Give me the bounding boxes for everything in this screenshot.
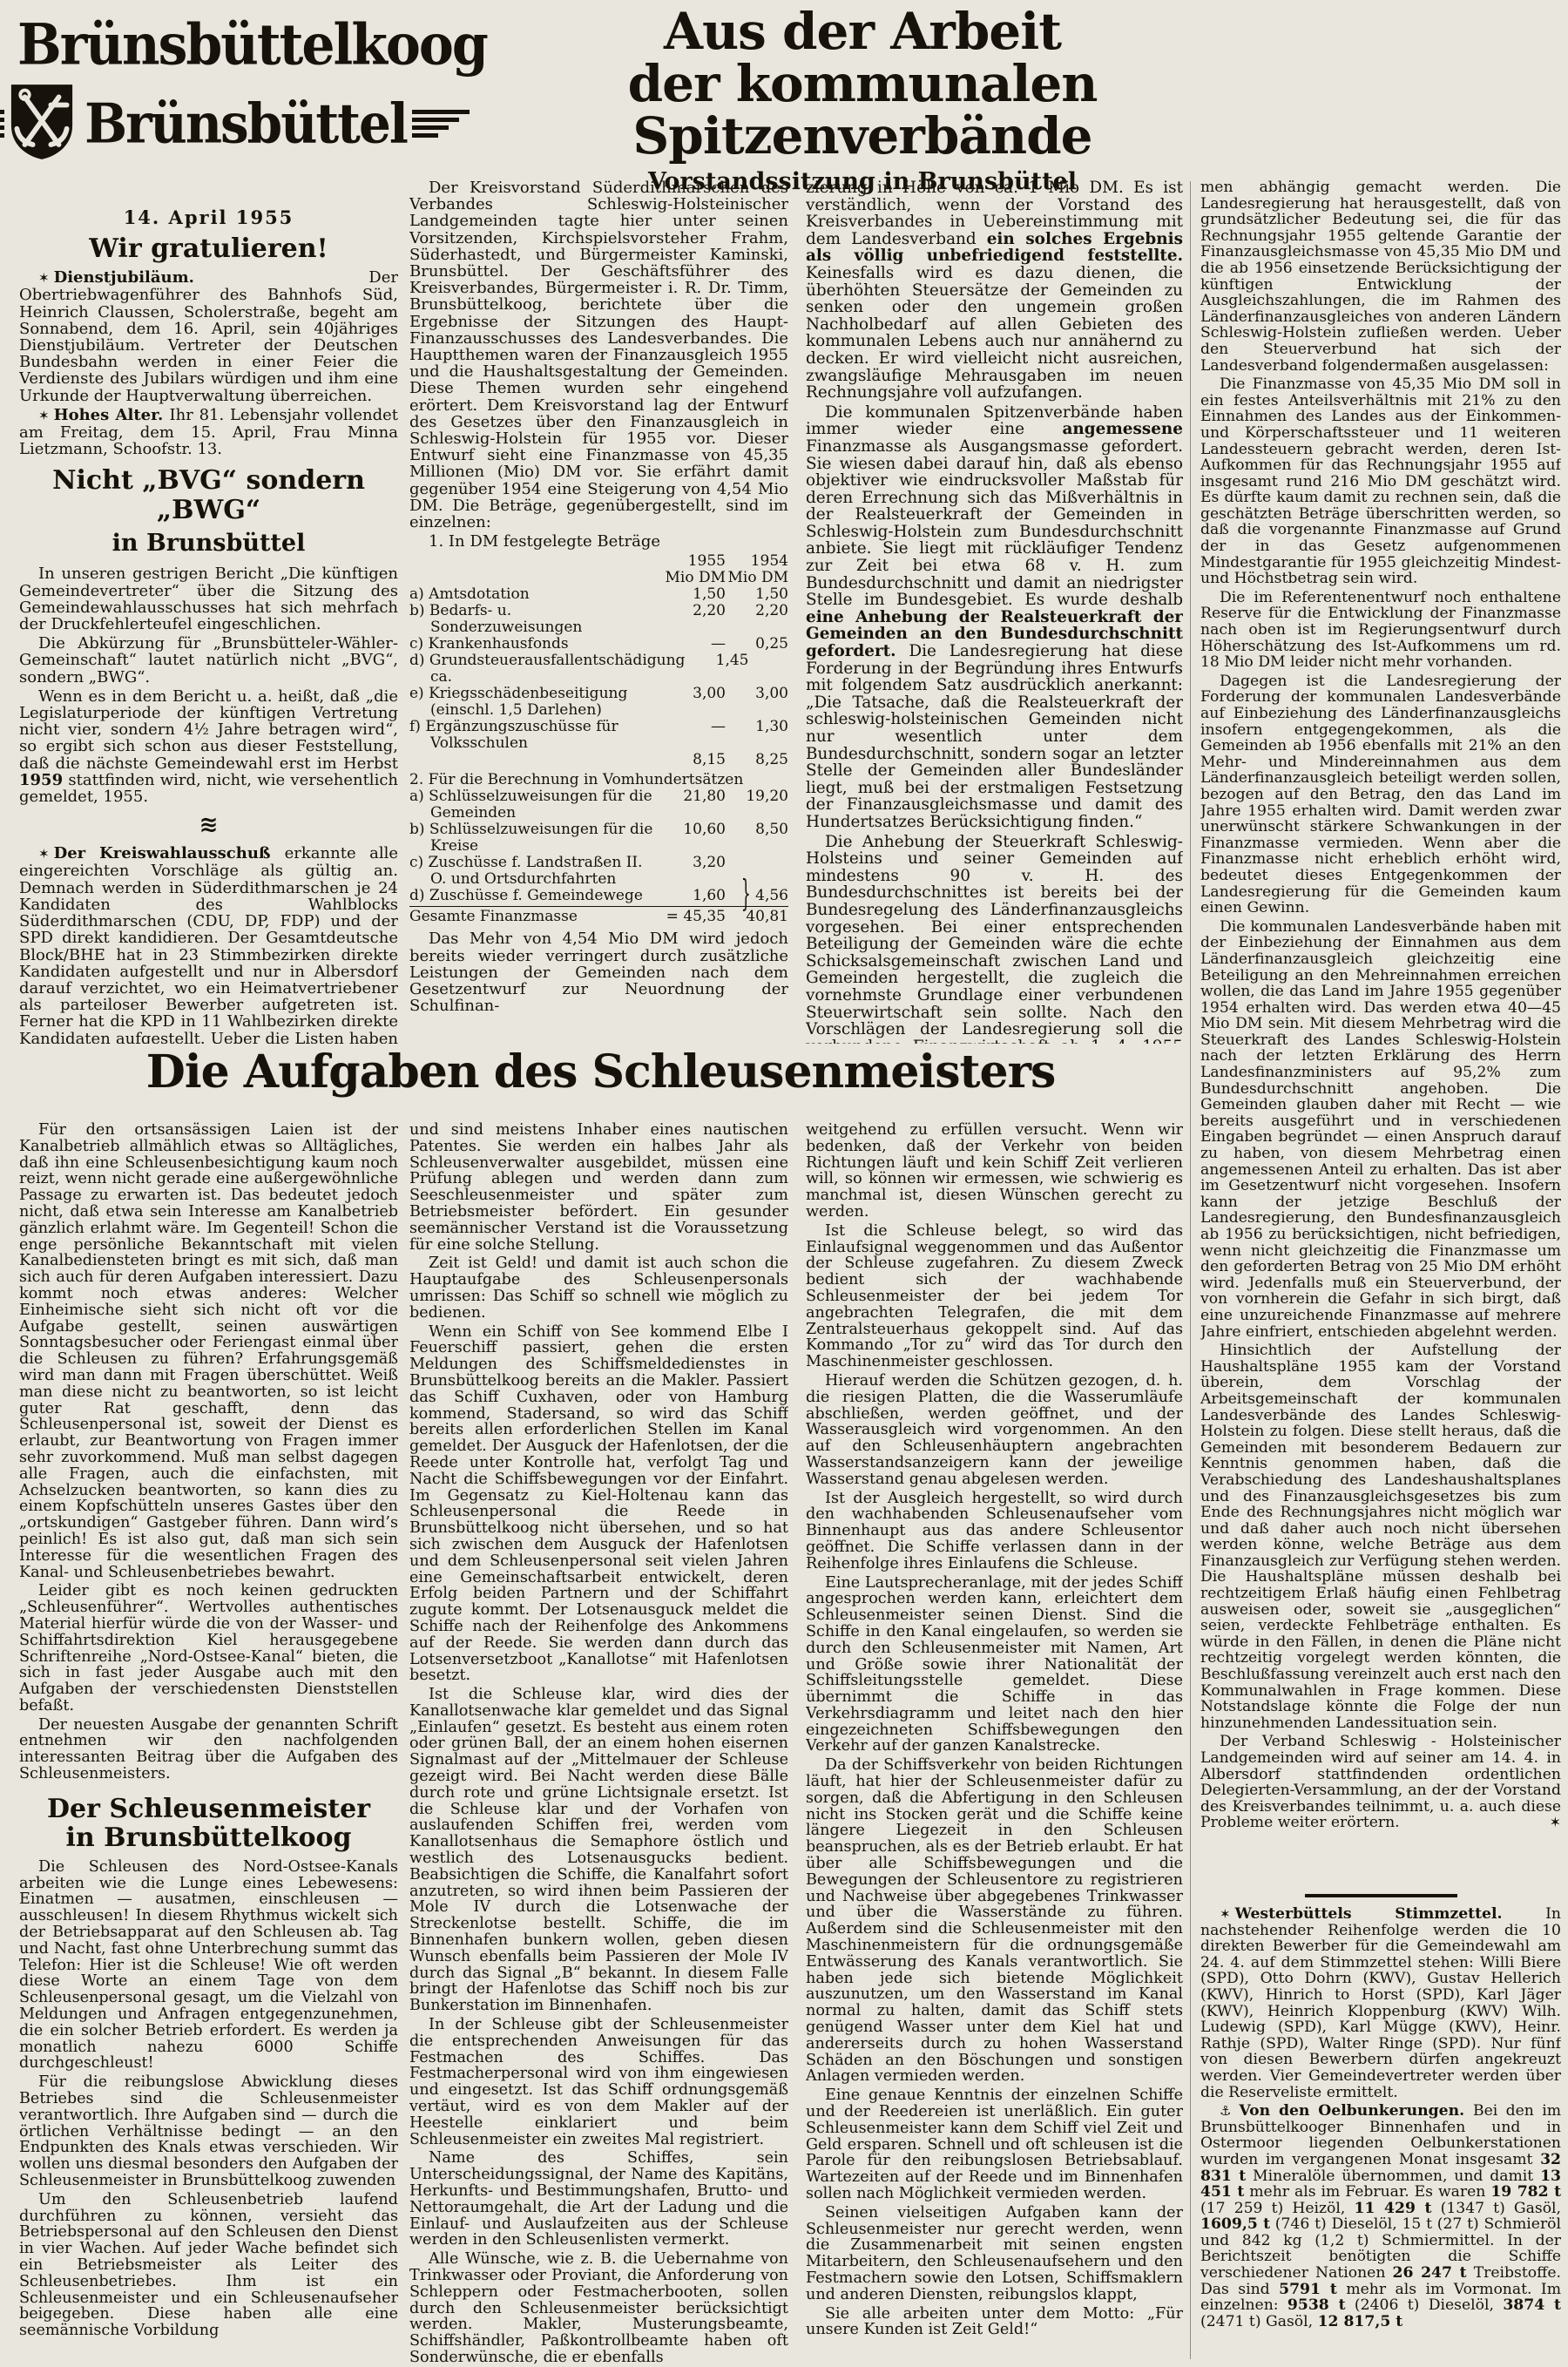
section-rule xyxy=(1305,1894,1457,1897)
star-dingbat-icon: ✶ xyxy=(38,846,50,862)
paragraph: Seinen vielseitigen Aufgaben kann der Sc… xyxy=(806,2205,1183,2303)
headline-line2: der kommunalen Spitzenverbände xyxy=(396,57,1328,162)
paragraph: Die kommunalen Landesverbände haben mit … xyxy=(1200,919,1561,1340)
paragraph: ✶Westerbüttels Stimmzettel. In nachstehe… xyxy=(1200,1906,1561,2100)
paragraph: ⚓Von den Oelbunkerungen. Bei den im Brun… xyxy=(1200,2103,1561,2330)
table-row: d) Grundsteuerausfallentschädigung ca.1,… xyxy=(409,653,788,686)
table-row: d) Zuschüsse f. Gemeindewege1,60} 4,56 xyxy=(409,888,788,904)
paragraph: Für die reibungslose Abwicklung dieses B… xyxy=(19,2074,398,2189)
paragraph: Der Verband Schleswig - Holsteinischer L… xyxy=(1200,1734,1561,1831)
dateline: 14. April 1955 xyxy=(19,209,398,226)
paragraph: Die Schleusen des Nord-Ostsee-Kanals arb… xyxy=(19,1859,398,2072)
flourish-ornament-left xyxy=(0,110,4,138)
paragraph: ✶Der Kreiswahlausschuß erkannte alle ein… xyxy=(19,845,398,1044)
column-3-top: zierung in Höhe von ca. 1 Mio DM. Es ist… xyxy=(806,179,1183,1044)
paragraph: Da der Schiffsverkehr von beiden Richtun… xyxy=(806,1757,1183,2085)
table-row: Gesamte Finanzmasse= 45,3540,81 xyxy=(409,906,788,925)
paragraph: ✶Dienstjubiläum. Der Obertriebwagenführe… xyxy=(19,269,398,404)
column-1-top: 14. April 1955Wir gratulieren!✶Dienstjub… xyxy=(19,209,398,1044)
wave-divider: ≋ xyxy=(19,814,398,836)
masthead-title-line2: Brünsbüttel xyxy=(84,97,407,152)
paragraph: Die im Referentenentwurf noch enthaltene… xyxy=(1200,590,1561,671)
table-row: c) Krankenhausfonds—0,25 xyxy=(409,636,788,653)
paragraph: Eine Lautsprecheranlage, mit der jedes S… xyxy=(806,1575,1183,1755)
paragraph: men abhängig gemacht werden. Die Landesr… xyxy=(1200,179,1561,374)
paragraph: In der Schleuse gibt der Schleusenmeiste… xyxy=(409,2017,788,2147)
table-row: b) Bedarfs- u. Sonderzuweisungen2,202,20 xyxy=(409,603,788,636)
table-row: f) Ergänzungszuschüsse für Volksschulen—… xyxy=(409,719,788,752)
column-2-bottom: und sind meistens Inhaber eines nautisch… xyxy=(409,1122,788,2367)
paragraph: ✶Hohes Alter. Ihr 81. Lebensjahr vollend… xyxy=(19,407,398,458)
star-dingbat-icon: ✶ xyxy=(38,408,50,423)
table-section-header: 2. Für die Berechnung in Vomhundertsätze… xyxy=(409,772,788,788)
headline-line1: Aus der Arbeit xyxy=(396,5,1328,57)
article-headline-line2: in Brunsbüttel xyxy=(19,531,398,557)
paragraph: Name des Schiffes, sein Unterscheidungss… xyxy=(409,2150,788,2249)
column-4-finance: men abhängig gemacht werden. Die Landesr… xyxy=(1200,179,1561,1885)
table-unit-header: Mio DM xyxy=(663,570,726,586)
paragraph: Eine genaue Kenntnis der einzelnen Schif… xyxy=(806,2087,1183,2202)
column-rule xyxy=(1190,181,1191,2359)
paragraph: Die Abkürzung für „Brunsbütteler-Wähler-… xyxy=(19,635,398,686)
paragraph: Ist die Schleuse belegt, so wird das Ein… xyxy=(806,1223,1183,1370)
paragraph: Hierauf werden die Schützen gezogen, d. … xyxy=(806,1373,1183,1488)
paragraph: Der Kreisvorstand Süderdithmarschen des … xyxy=(409,179,788,531)
column-1-bottom: Für den ortsansässigen Laien ist der Kan… xyxy=(19,1122,398,2367)
paragraph: Sie alle arbeiten unter dem Motto: „Für … xyxy=(806,2306,1183,2339)
table-row: e) Kriegsschädenbeseitigung (einschl. 1,… xyxy=(409,686,788,719)
bold-lead: Dienstjubiläum. xyxy=(54,268,369,287)
paragraph: Wenn ein Schiff von See kommend Elbe I F… xyxy=(409,1324,788,1685)
table-year-header: 1954 xyxy=(726,553,788,570)
masthead-title-line1: Brünsbüttelkoog xyxy=(17,17,399,74)
column-3-bottom: weitgehend zu erfüllen versucht. Wenn wi… xyxy=(806,1122,1183,2367)
star-dingbat-icon: ✶ xyxy=(1220,1906,1231,1922)
sub-article-headline-line2: in Brunsbüttelkoog xyxy=(19,1823,398,1852)
paragraph: Das Mehr von 4,54 Mio DM wird jedoch ber… xyxy=(409,930,788,1014)
article-headline: Wir gratulieren! xyxy=(19,234,398,264)
paragraph: Die kommunalen Spitzenverbände haben imm… xyxy=(806,404,1183,831)
table-row: a) Amtsdotation1,501,50 xyxy=(409,586,788,603)
end-star-dingbat-icon: ✶ xyxy=(1531,1815,1561,1831)
paragraph: Die Anhebung der Steuerkraft Schleswig-H… xyxy=(806,834,1183,1044)
paragraph: Für den ortsansässigen Laien ist der Kan… xyxy=(19,1122,398,1580)
schleusenmeister-headline: Die Aufgaben des Schleusenmeisters xyxy=(19,1047,1182,1098)
paragraph: und sind meistens Inhaber eines nautisch… xyxy=(409,1122,788,1253)
column-2-top: Der Kreisvorstand Süderdithmarschen des … xyxy=(409,179,788,1044)
paragraph: Um den Schleusenbetrieb laufend durchfüh… xyxy=(19,2192,398,2339)
article-headline: Nicht „BVG“ sondern „BWG“ xyxy=(19,466,398,525)
bold-lead: Von den Oelbunkerungen. xyxy=(1239,2102,1473,2120)
paragraph: Die Finanzmasse von 45,35 Mio DM soll in… xyxy=(1200,376,1561,587)
table-row: a) Schlüsselzuweisungen für die Gemeinde… xyxy=(409,788,788,822)
paragraph: Leider gibt es noch keinen gedruckten „S… xyxy=(19,1583,398,1714)
finance-table: 19551954Mio DMMio DMa) Amtsdotation1,501… xyxy=(409,553,788,925)
paragraph: Alle Wünsche, wie z. B. die Uebernahme v… xyxy=(409,2251,788,2366)
bold-lead: Der Kreiswahlausschuß xyxy=(54,844,285,862)
paragraph: zierung in Höhe von ca. 1 Mio DM. Es ist… xyxy=(806,179,1183,402)
table-year-header: 1955 xyxy=(663,553,726,570)
table-row: b) Schlüsselzuweisungen für die Kreise10… xyxy=(409,822,788,855)
sub-article-headline: Der Schleusenmeister xyxy=(19,1795,398,1823)
paragraph: Wenn es in dem Bericht u. a. heißt, daß … xyxy=(19,688,398,805)
masthead: Brünsbüttelkoog Brünsbüttel xyxy=(17,19,399,204)
star-dingbat-icon: ✶ xyxy=(38,270,50,286)
bold-lead: Westerbüttels Stimmzettel. xyxy=(1235,1905,1546,1923)
paragraph: Zeit ist Geld! und damit ist auch schon … xyxy=(409,1255,788,1321)
paragraph: Ist die Schleuse klar, wird dies der Kan… xyxy=(409,1687,788,2014)
anchor-dingbat-icon: ⚓ xyxy=(1220,2103,1234,2119)
list-line: 1. In DM festgelegte Beträge xyxy=(409,533,788,550)
table-row: c) Zuschüsse f. Landstraßen II. O. und O… xyxy=(409,855,788,888)
bold-lead: Hohes Alter. xyxy=(54,406,170,424)
paragraph: Ist der Ausgleich hergestellt, so wird d… xyxy=(806,1491,1183,1572)
column-4-bottom-items: ✶Westerbüttels Stimmzettel. In nachstehe… xyxy=(1200,1883,1561,2367)
main-article-headline: Aus der Arbeit der kommunalen Spitzenver… xyxy=(396,5,1328,195)
shield-anchor-icon xyxy=(8,82,76,166)
paragraph: Dagegen ist die Landesregierung der Ford… xyxy=(1200,673,1561,916)
paragraph: Der neuesten Ausgabe der genannten Schri… xyxy=(19,1717,398,1782)
table-row: 8,158,25 xyxy=(409,752,788,768)
table-unit-header: Mio DM xyxy=(726,570,788,586)
newspaper-page: { "page": {"date": "14. April 1955", "pa… xyxy=(0,0,1568,2367)
paragraph: Hinsichtlich der Aufstellung der Haushal… xyxy=(1200,1342,1561,1731)
paragraph: weitgehend zu erfüllen versucht. Wenn wi… xyxy=(806,1122,1183,1221)
paragraph: In unseren gestrigen Bericht „Die künfti… xyxy=(19,565,398,632)
